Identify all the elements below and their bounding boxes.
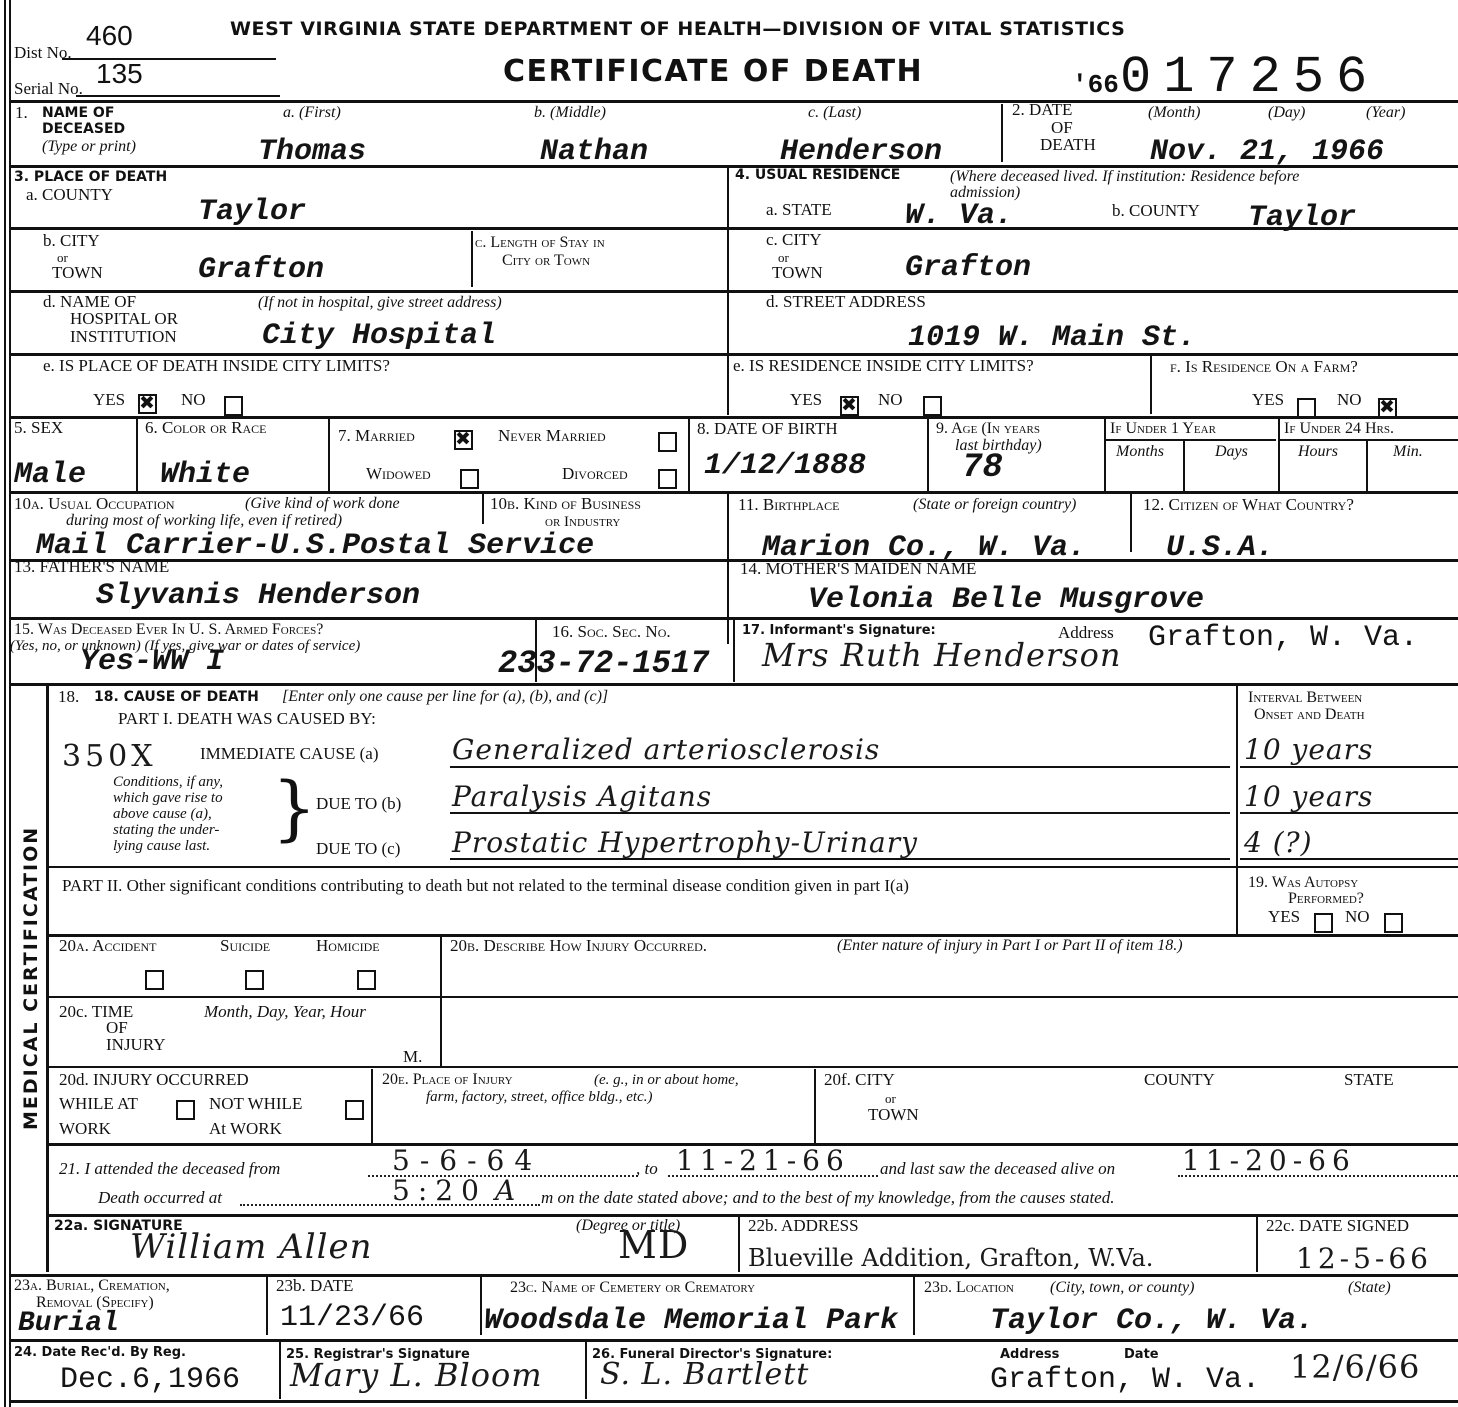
divider [1183, 441, 1185, 491]
occupation-hint2: during most of working life, even if ret… [66, 512, 342, 530]
cemetery-value[interactable]: Woodsdale Memorial Park [484, 1305, 898, 1337]
divider [471, 231, 473, 287]
divider [1236, 686, 1238, 936]
yes-label: YES [1268, 908, 1300, 926]
date-of-death-label3: DEATH [1040, 136, 1096, 154]
divider [9, 491, 1458, 494]
place-of-injury-hint2: farm, factory, street, office bldg., etc… [426, 1088, 652, 1106]
while-at-work-checkbox[interactable] [176, 1100, 195, 1120]
conditions-hint-line: above cause (a), [113, 806, 212, 822]
days-label: Days [1215, 443, 1248, 461]
interval-label: Interval Between [1248, 689, 1362, 707]
date-signed-value[interactable]: 12-5-66 [1296, 1244, 1432, 1274]
attended-to-value[interactable]: 11-21-66 [676, 1146, 850, 1176]
part2-label: PART II. Other significant conditions co… [62, 877, 909, 895]
due-to-c-label: DUE TO (c) [316, 840, 400, 858]
dist-no-value: 460 [86, 20, 133, 52]
time-of-injury-label3: INJURY [106, 1036, 166, 1054]
interval-c-value[interactable]: 4 (?) [1244, 828, 1313, 858]
physician-address-label: 22b. ADDRESS [748, 1217, 859, 1235]
autopsy-yes-checkbox[interactable] [1314, 913, 1333, 933]
divider [328, 419, 330, 491]
suicide-checkbox[interactable] [245, 970, 264, 990]
cause-b-underline [450, 812, 1230, 814]
due-to-b-value[interactable]: Paralysis Agitans [452, 782, 712, 812]
accident-label: 20a. Accident [59, 937, 157, 955]
funeral-date-value[interactable]: 12/6/66 [1290, 1352, 1420, 1382]
residence-county-label: b. COUNTY [1112, 202, 1200, 220]
not-while-label: NOT WHILE [209, 1095, 302, 1113]
at-work-label: At WORK [209, 1120, 282, 1138]
medical-cert-left-border [46, 686, 49, 1272]
ssn-value[interactable]: 233-72-1517 [498, 648, 709, 680]
serial-no-underline [76, 95, 280, 97]
interval-a-value[interactable]: 10 years [1244, 735, 1373, 765]
cause-c-underline [450, 858, 1230, 860]
street-address-label: d. STREET ADDRESS [766, 293, 926, 311]
attended-label: 21. I attended the deceased from [59, 1160, 280, 1178]
place-of-injury-label: 20e. Place of Injury [382, 1071, 513, 1089]
town-label: TOWN [772, 264, 823, 282]
cemetery-label: 23c. Name of Cemetery or Crematory [510, 1279, 755, 1297]
injury-city-label: 20f. CITY [824, 1071, 895, 1089]
middle-name-value[interactable]: Nathan [540, 136, 648, 168]
last-name-label: c. (Last) [808, 104, 861, 122]
town-label: TOWN [52, 264, 103, 282]
divider [738, 1216, 740, 1272]
divider [9, 683, 1458, 686]
divider [9, 1274, 1458, 1277]
hospital-label3: INSTITUTION [70, 328, 177, 346]
funeral-date-label: Date [1124, 1346, 1159, 1364]
location-value[interactable]: Taylor Co., W. Va. [990, 1305, 1314, 1337]
item1-label2: DECEASED [42, 120, 125, 138]
divider [9, 100, 1458, 103]
min-label: Min. [1393, 443, 1423, 461]
divider [1104, 419, 1106, 491]
divider [733, 620, 735, 682]
divorced-checkbox[interactable] [658, 469, 677, 489]
location-hint: (City, town, or county) [1050, 1279, 1194, 1297]
department-title: WEST VIRGINIA STATE DEPARTMENT OF HEALTH… [230, 18, 1125, 40]
yes-label: YES [1252, 391, 1284, 409]
date-of-birth-value[interactable]: 1/12/1888 [704, 450, 866, 482]
length-of-stay-label2: City or Town [502, 252, 590, 270]
work-label: WORK [59, 1120, 111, 1138]
physician-signature[interactable]: William Allen [130, 1232, 372, 1262]
hospital-hint: (If not in hospital, give street address… [258, 294, 502, 312]
divider [1366, 441, 1368, 491]
divider [1001, 104, 1003, 162]
left-border [4, 0, 6, 1407]
location-label: 23d. Location [924, 1279, 1014, 1297]
father-name-label: 13. FATHER'S NAME [14, 558, 169, 576]
injury-state-label: STATE [1344, 1071, 1394, 1089]
homicide-checkbox[interactable] [357, 970, 376, 990]
death-county-value[interactable]: Taylor [198, 196, 306, 228]
disposition-date-value[interactable]: 11/23/66 [280, 1302, 424, 1334]
time-of-injury-m: M. [403, 1048, 422, 1066]
accident-checkbox[interactable] [145, 970, 164, 990]
divider [913, 1277, 915, 1335]
city-label: b. CITY [43, 232, 100, 250]
registrar-signature[interactable]: Mary L. Bloom [290, 1360, 543, 1390]
day-label: (Day) [1268, 104, 1305, 122]
divider [136, 419, 138, 491]
occupation-hint: (Give kind of work done [245, 495, 400, 513]
divider [49, 866, 1458, 868]
length-of-stay-label: c. Length of Stay in [475, 234, 605, 252]
conditions-hint-line: stating the under- [113, 822, 219, 838]
due-to-c-value[interactable]: Prostatic Hypertrophy-Urinary [452, 828, 918, 858]
father-name-value[interactable]: Slyvanis Henderson [96, 580, 420, 612]
under-1-year-label: If Under 1 Year [1110, 420, 1216, 438]
dist-no-underline [62, 58, 276, 60]
months-label: Months [1116, 443, 1164, 461]
divider [727, 494, 729, 644]
cause-a-underline [450, 766, 1230, 768]
divider [440, 936, 442, 1068]
funeral-address-value[interactable]: Grafton, W. Va. [990, 1364, 1260, 1396]
date-of-death-label: 2. DATE [1012, 101, 1072, 119]
residence-inside-city-yes-checkbox[interactable] [840, 396, 859, 416]
occupation-label: 10a. Usual Occupation [14, 495, 175, 513]
cause-of-death-hint: [Enter only one cause per line for (a), … [282, 688, 608, 706]
residence-city-label: c. CITY [766, 231, 822, 249]
divider [585, 1341, 587, 1399]
state-label: a. STATE [766, 201, 832, 219]
divider [729, 227, 1458, 230]
left-border-inner [9, 0, 11, 1407]
certificate-year-prefix: '66 [1072, 70, 1119, 100]
under-24-hrs-label: If Under 24 Hrs. [1284, 420, 1394, 438]
item1-num: 1. [15, 104, 28, 122]
county-label: a. COUNTY [26, 186, 113, 204]
citizen-label: 12. Citizen of What Country? [1143, 496, 1354, 514]
death-city-value[interactable]: Grafton [198, 254, 324, 286]
no-label: NO [1345, 908, 1370, 926]
age-value[interactable]: 78 [962, 452, 1003, 484]
physician-address-value[interactable]: Blueville Addition, Grafton, W.Va. [748, 1243, 1153, 1273]
first-name-label: a. (First) [283, 104, 341, 122]
informant-address-value[interactable]: Grafton, W. Va. [1148, 622, 1418, 654]
place-of-death-label: 3. PLACE OF DEATH [14, 168, 167, 186]
sex-value[interactable]: Male [14, 459, 86, 491]
divider [1106, 439, 1276, 441]
street-address-value[interactable]: 1019 W. Main St. [908, 322, 1196, 354]
middle-name-label: b. (Middle) [534, 104, 606, 122]
divider [814, 1069, 816, 1143]
autopsy-no-checkbox[interactable] [1384, 913, 1403, 933]
suicide-label: Suicide [220, 937, 270, 955]
divorced-label: Divorced [562, 465, 628, 483]
widowed-checkbox[interactable] [460, 469, 479, 489]
cause-of-death-num: 18. [58, 688, 79, 706]
informant-signature[interactable]: Mrs Ruth Henderson [762, 640, 1121, 670]
mother-name-value[interactable]: Velonia Belle Musgrove [808, 584, 1204, 616]
location-state-label: (State) [1348, 1279, 1391, 1297]
no-label: NO [181, 391, 206, 409]
place-of-injury-hint: (e. g., in or about home, [594, 1071, 739, 1089]
cause-of-death-label: 18. CAUSE OF DEATH [94, 688, 259, 706]
injury-description-label: 20b. Describe How Injury Occurred. [450, 937, 707, 955]
part1-label: PART I. DEATH WAS CAUSED BY: [118, 710, 376, 728]
medical-certification-label: MEDICAL CERTIFICATION [20, 826, 42, 1130]
yes-label: YES [790, 391, 822, 409]
town-label: TOWN [868, 1106, 919, 1124]
serial-no-label: Serial No. [14, 80, 83, 98]
first-name-value[interactable]: Thomas [258, 136, 366, 168]
divider [9, 1400, 1458, 1403]
birthplace-label: 11. Birthplace [738, 496, 840, 514]
death-occurred-suffix: m on the date stated above; and to the b… [541, 1189, 1114, 1207]
immediate-cause-value[interactable]: Generalized arteriosclerosis [452, 735, 880, 765]
due-to-b-label: DUE TO (b) [316, 795, 401, 813]
no-label: NO [1337, 391, 1362, 409]
race-value[interactable]: White [160, 459, 250, 491]
usual-residence-label: 4. USUAL RESIDENCE [735, 166, 900, 184]
interval-c-underline [1240, 858, 1458, 860]
brace-icon: } [272, 768, 317, 848]
divider [9, 559, 1458, 562]
certificate-number: 017256 [1120, 48, 1379, 107]
item1-label3: (Type or print) [42, 138, 136, 156]
death-inside-city-no-checkbox[interactable] [224, 396, 243, 416]
conditions-hint-line: Conditions, if any, [113, 774, 223, 790]
interval-b-underline [1240, 812, 1458, 814]
serial-no-value: 135 [96, 58, 143, 90]
divider [9, 1339, 1458, 1342]
divider [1278, 419, 1280, 491]
residence-farm-label: f. Is Residence On a Farm? [1170, 358, 1358, 376]
date-of-death-value[interactable]: Nov. 21, 1966 [1150, 136, 1384, 168]
last-name-value[interactable]: Henderson [780, 136, 942, 168]
death-ampm-value[interactable]: A [495, 1176, 516, 1206]
time-of-injury-hint: Month, Day, Year, Hour [204, 1003, 366, 1021]
divider [688, 419, 690, 491]
month-label: (Month) [1148, 104, 1200, 122]
hours-label: Hours [1298, 443, 1338, 461]
divider [9, 227, 727, 230]
residence-farm-yes-checkbox[interactable] [1297, 398, 1316, 418]
divider [279, 1341, 281, 1399]
yes-label: YES [93, 391, 125, 409]
interval-a-underline [1240, 766, 1458, 768]
funeral-director-signature[interactable]: S. L. Bartlett [600, 1360, 809, 1390]
residence-farm-no-checkbox[interactable] [1378, 398, 1397, 418]
death-inside-city-yes-checkbox[interactable] [138, 394, 157, 414]
while-at-label: WHILE AT [59, 1095, 138, 1113]
last-saw-label: and last saw the deceased alive on [880, 1160, 1115, 1178]
last-saw-value[interactable]: 11-20-66 [1182, 1146, 1356, 1176]
armed-forces-value[interactable]: Yes-WW I [80, 646, 224, 678]
to-label: , to [636, 1160, 658, 1178]
divider [1130, 494, 1132, 552]
widowed-label: Widowed [366, 465, 431, 483]
never-married-checkbox[interactable] [658, 432, 677, 452]
residence-city-value[interactable]: Grafton [905, 252, 1031, 284]
married-checkbox[interactable] [454, 430, 473, 450]
hospital-value[interactable]: City Hospital [262, 320, 496, 352]
residence-inside-city-label: e. IS RESIDENCE INSIDE CITY LIMITS? [733, 357, 1034, 375]
no-label: NO [878, 391, 903, 409]
divider [371, 1069, 373, 1143]
divider [1256, 1216, 1258, 1272]
residence-inside-city-no-checkbox[interactable] [923, 396, 942, 416]
ssn-label: 16. Soc. Sec. No. [552, 623, 671, 641]
attended-from-value[interactable]: 5-6-64 [392, 1146, 542, 1176]
business-label: 10b. Kind of Business [490, 495, 641, 513]
divider [927, 419, 929, 491]
sex-label: 5. SEX [14, 419, 63, 437]
year-label: (Year) [1366, 104, 1405, 122]
age-label: 9. Age (In years [936, 420, 1040, 438]
death-time-value[interactable]: 5:20 [392, 1176, 487, 1206]
conditions-hint-line: lying cause last. [113, 838, 210, 854]
disposition-value[interactable]: Burial [18, 1308, 119, 1340]
homicide-label: Homicide [316, 937, 380, 955]
certificate-title: CERTIFICATE OF DEATH [503, 54, 923, 89]
immediate-cause-label: IMMEDIATE CAUSE (a) [200, 745, 378, 763]
divider [266, 1277, 268, 1335]
race-label: 6. Color or Race [145, 419, 267, 437]
disposition-label: 23a. Burial, Cremation, [14, 1277, 170, 1295]
cause-code: 350X [62, 742, 157, 772]
funeral-address-label: Address [1000, 1346, 1059, 1364]
death-inside-city-label: e. IS PLACE OF DEATH INSIDE CITY LIMITS? [43, 357, 390, 375]
divider [480, 1277, 482, 1335]
date-signed-label: 22c. DATE SIGNED [1266, 1217, 1409, 1235]
death-occurred-label: Death occurred at [98, 1189, 222, 1207]
divider [49, 1066, 1458, 1068]
disposition-date-label: 23b. DATE [276, 1277, 353, 1295]
date-received-label: 24. Date Rec'd. By Reg. [14, 1344, 186, 1362]
not-while-at-work-checkbox[interactable] [345, 1100, 364, 1120]
date-received-value[interactable]: Dec.6,1966 [60, 1364, 240, 1396]
date-of-birth-label: 8. DATE OF BIRTH [697, 420, 838, 438]
injury-occurred-label: 20d. INJURY OCCURRED [59, 1071, 249, 1089]
interval-b-value[interactable]: 10 years [1244, 782, 1373, 812]
never-married-label: Never Married [498, 427, 606, 445]
divider [482, 494, 484, 524]
injury-county-label: COUNTY [1144, 1071, 1215, 1089]
birthplace-hint: (State or foreign country) [913, 496, 1076, 514]
divider [1280, 439, 1458, 441]
interval-label2: Onset and Death [1254, 706, 1365, 724]
autopsy-label2: Performed? [1288, 890, 1364, 908]
married-label: 7. Married [338, 427, 415, 445]
conditions-hint-line: which gave rise to [113, 790, 223, 806]
injury-description-hint: (Enter nature of injury in Part I or Par… [837, 937, 1183, 955]
mother-name-label: 14. MOTHER'S MAIDEN NAME [740, 560, 976, 578]
hospital-label2: HOSPITAL OR [70, 310, 178, 328]
divider [49, 996, 1458, 998]
physician-degree[interactable]: MD [618, 1230, 689, 1260]
divider [1150, 356, 1152, 414]
